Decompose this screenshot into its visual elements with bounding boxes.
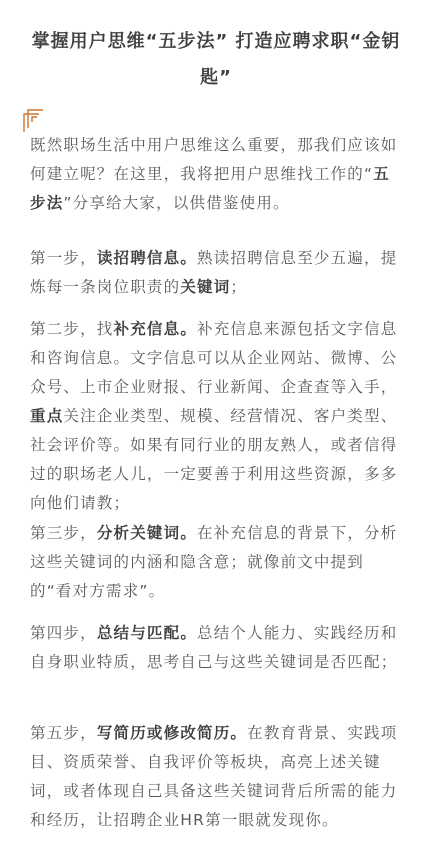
step-heading: 总结与匹配。 xyxy=(97,624,197,642)
step-label: 第一步， xyxy=(30,249,97,267)
step-label: 第五步， xyxy=(30,724,97,742)
step-5-paragraph: 第五步，写简历或修改简历。在教育背景、实践项目、资质荣誉、自我评价等板块，高亮上… xyxy=(30,719,400,835)
step-heading: 读招聘信息。 xyxy=(97,249,197,267)
step-keyword: 重点 xyxy=(30,407,63,425)
step-keyword: 关键词 xyxy=(180,278,230,296)
step-text-end: ； xyxy=(230,278,247,296)
step-heading: 写简历或修改简历。 xyxy=(97,724,247,742)
step-heading: 分析关键词。 xyxy=(97,524,197,542)
step-text-end: 关注企业类型、规模、经营情况、客户类型、社会评价等。如果有同行业的朋友熟人，或者… xyxy=(30,407,397,512)
step-2-paragraph: 第二步，找补充信息。补充信息来源包括文字信息和咨询信息。文字信息可以从企业网站、… xyxy=(30,315,400,518)
step-heading: 补充信息。 xyxy=(114,320,198,338)
step-1-paragraph: 第一步，读招聘信息。熟读招聘信息至少五遍，提炼每一条岗位职责的关键词； xyxy=(30,244,400,302)
step-3-paragraph: 第三步，分析关键词。在补充信息的背景下，分析这些关键词的内涵和隐含意；就像前文中… xyxy=(30,519,400,606)
step-label: 第二步，找 xyxy=(30,320,114,338)
intro-paragraph: 既然职场生活中用户思维这么重要，那我们应该如何建立呢？在这里，我将把用户思维找工… xyxy=(30,131,400,218)
intro-text: 既然职场生活中用户思维这么重要，那我们应该如何建立呢？在这里，我将把用户思维找工… xyxy=(30,136,397,183)
intro-text-end: ”分享给大家，以供借鉴使用。 xyxy=(63,194,289,212)
article-title: 掌握用户思维“五步法” 打造应聘求职“金钥匙” xyxy=(20,24,412,96)
step-4-paragraph: 第四步，总结与匹配。总结个人能力、实践经历和自身职业特质，思考自己与这些关键词是… xyxy=(30,619,400,677)
step-label: 第三步， xyxy=(30,524,97,542)
step-label: 第四步， xyxy=(30,624,97,642)
corner-ornament-icon xyxy=(21,106,45,132)
